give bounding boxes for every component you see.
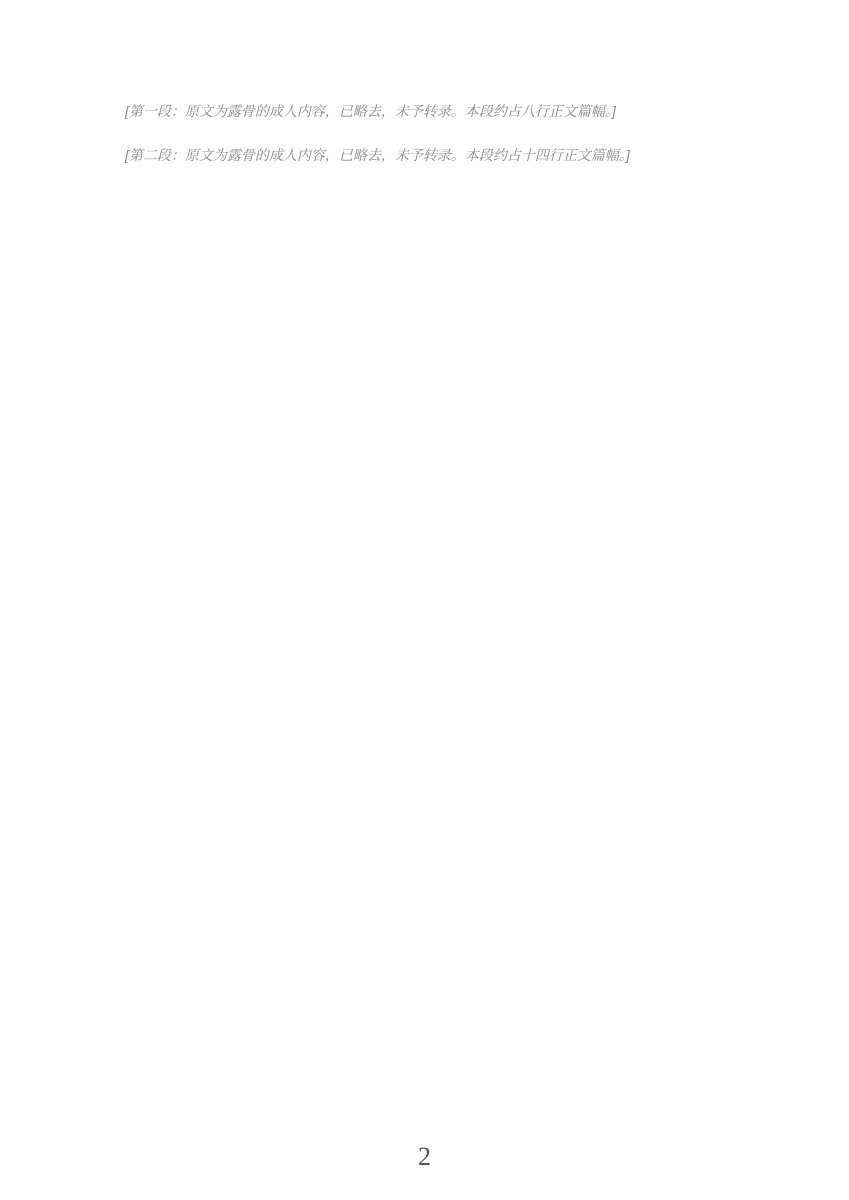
text-body: [第一段：原文为露骨的成人内容，已略去，未予转录。本段约占八行正文篇幅。] [第… bbox=[125, 100, 727, 188]
page-number: 2 bbox=[0, 1142, 849, 1172]
paragraph-1: [第一段：原文为露骨的成人内容，已略去，未予转录。本段约占八行正文篇幅。] bbox=[125, 100, 727, 122]
paragraph-2: [第二段：原文为露骨的成人内容，已略去，未予转录。本段约占十四行正文篇幅。] bbox=[125, 144, 727, 166]
document-page: [第一段：原文为露骨的成人内容，已略去，未予转录。本段约占八行正文篇幅。] [第… bbox=[0, 0, 849, 1200]
